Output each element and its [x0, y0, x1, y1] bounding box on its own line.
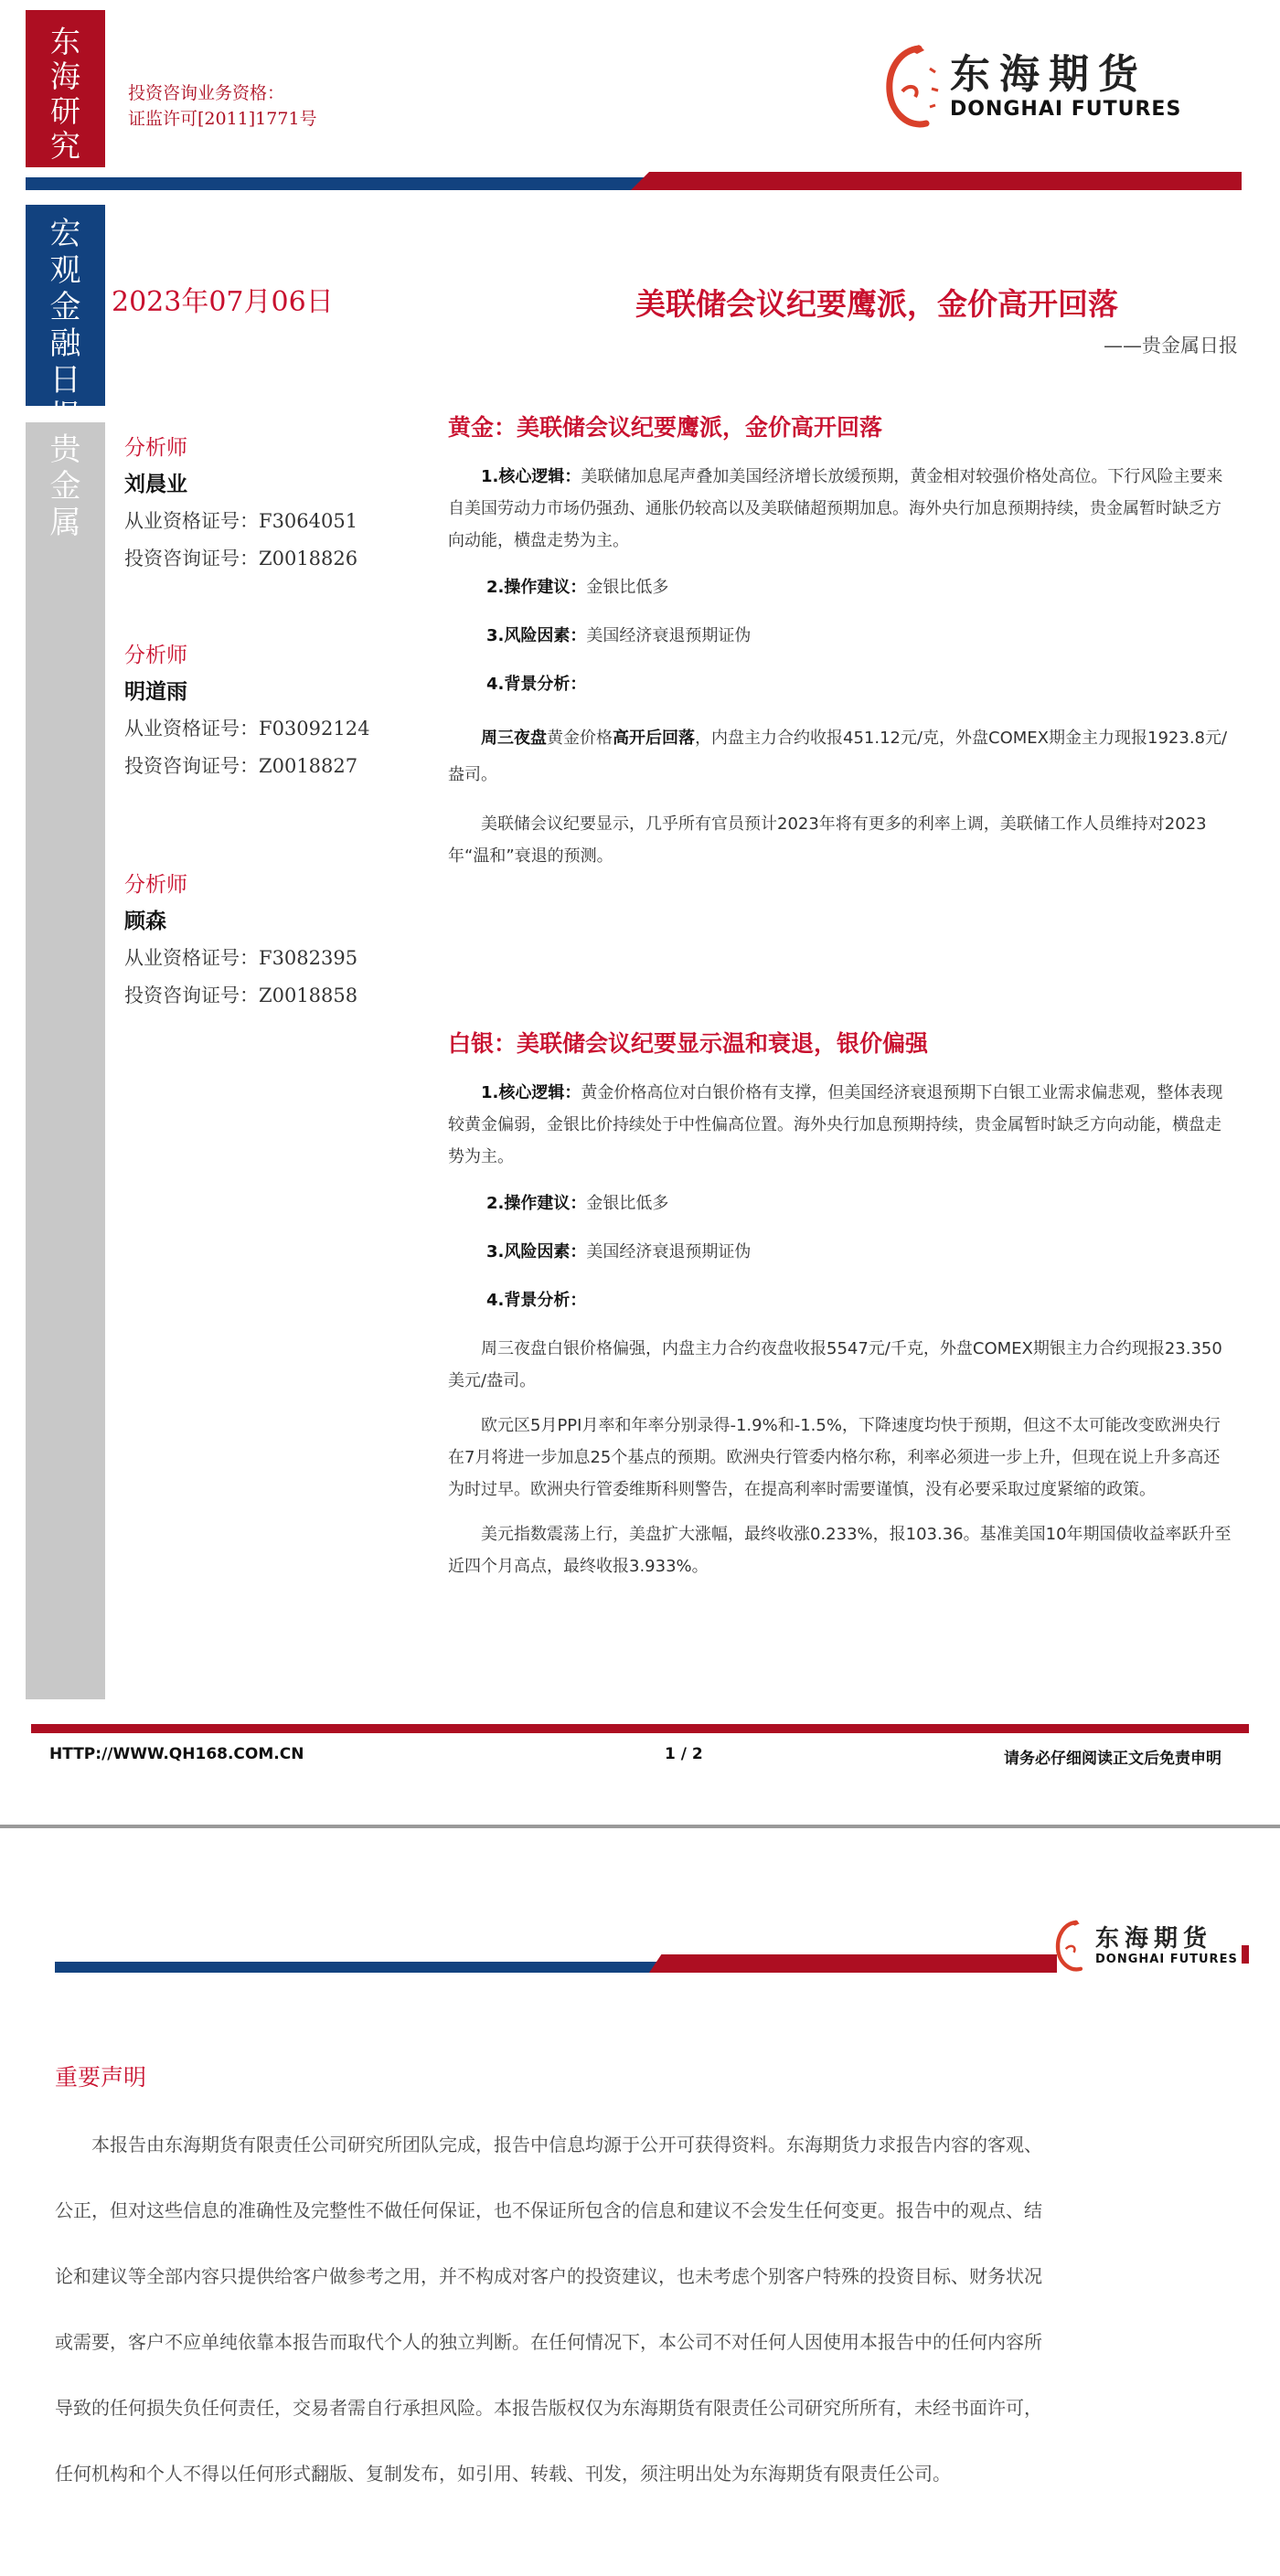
disclaimer-line: 公正，但对这些信息的准确性及完整性不做任何保证，也不保证所包含的信息和建议不会发… — [55, 2198, 1234, 2263]
label-char: 属 — [26, 505, 105, 541]
category-label: 宏 观 金 融 日 报 — [26, 205, 105, 406]
analyst-consult: 投资咨询证号：Z0018826 — [124, 540, 357, 578]
analyst-cert: 从业资格证号：F03092124 — [124, 710, 369, 748]
brand-char: 究 — [26, 129, 105, 164]
qualification-license: 证监许可[2011]1771号 — [128, 106, 317, 132]
silver-section-title: 白银：美联储会议纪要显示温和衰退，银价偏强 — [448, 1026, 1234, 1059]
gold-core-logic: 1.核心逻辑：美联储加息尾声叠加美国经济增长放缓预期，黄金相对较强价格处高位。下… — [448, 461, 1234, 557]
brand-box: 东 海 研 究 — [26, 10, 105, 167]
analyst-cert: 从业资格证号：F3064051 — [124, 503, 357, 540]
brand-char: 海 — [26, 59, 105, 94]
qualification-info: 投资咨询业务资格： 证监许可[2011]1771号 — [128, 80, 317, 132]
silver-background-p1: 周三夜盘白银价格偏强，内盘主力合约夜盘收报5547元/千克，外盘COMEX期银主… — [448, 1333, 1234, 1397]
page2-band-red — [649, 1954, 1057, 1973]
analyst-consult: 投资咨询证号：Z0018858 — [124, 977, 357, 1015]
report-title: 美联储会议纪要鹰派，金价高开回落 — [635, 281, 1118, 324]
analyst-name: 明道雨 — [124, 674, 369, 710]
disclaimer-title: 重要声明 — [55, 2060, 146, 2092]
page-number: 1 / 2 — [665, 1745, 703, 1763]
gold-background-label: 4.背景分析： — [448, 668, 1234, 700]
silver-background-label: 4.背景分析： — [448, 1284, 1234, 1316]
logo-en-text: DONGHAI FUTURES — [950, 98, 1181, 122]
logo-cn-text: 东海期货 — [950, 52, 1181, 98]
silver-risk: 3.风险因素：美国经济衰退预期证伪 — [448, 1236, 1234, 1268]
label-char: 贵 — [26, 431, 105, 468]
disclaimer-line: 或需要，客户不应单纯依靠本报告而取代个人的独立判断。在任何情况下，本公司不对任何… — [55, 2329, 1234, 2395]
header-band-blue — [26, 177, 647, 190]
analyst-card: 分析师 顾森 从业资格证号：F3082395 投资咨询证号：Z0018858 — [124, 867, 357, 1015]
label-char: 金 — [26, 468, 105, 505]
silver-operation: 2.操作建议：金银比低多 — [448, 1187, 1234, 1219]
brand-char: 研 — [26, 94, 105, 129]
silver-section: 白银：美联储会议纪要显示温和衰退，银价偏强 1.核心逻辑：黄金价格高位对白银价格… — [448, 1026, 1234, 1582]
website-link[interactable]: HTTP://WWW.QH168.COM.CN — [49, 1745, 304, 1763]
label-char: 日 — [26, 362, 105, 399]
analyst-name: 刘晨业 — [124, 466, 357, 503]
donghai-logo: 东海期货 DONGHAI FUTURES — [882, 41, 1181, 133]
disclaimer-line: 导致的任何损失负任何责任，交易者需自行承担风险。本报告版权仅为东海期货有限责任公… — [55, 2395, 1234, 2461]
report-date: 2023年07月06日 — [112, 279, 334, 319]
label-char: 金 — [26, 289, 105, 325]
disclaimer-line: 论和建议等全部内容只提供给客户做参考之用，并不构成对客户的投资建议，也未考虑个别… — [55, 2263, 1234, 2329]
logo-accent — [1242, 1945, 1249, 1964]
analyst-card: 分析师 明道雨 从业资格证号：F03092124 投资咨询证号：Z0018827 — [124, 637, 369, 785]
dragon-logo-icon — [1053, 1918, 1090, 1975]
analyst-role: 分析师 — [124, 867, 357, 903]
disclaimer-line: 任何机构和个人不得以任何形式翻版、复制发布，如引用、转载、刊发，须注明出处为东海… — [55, 2461, 1234, 2527]
analyst-card: 分析师 刘晨业 从业资格证号：F3064051 投资咨询证号：Z0018826 — [124, 430, 357, 578]
analyst-role: 分析师 — [124, 430, 357, 466]
gold-section: 黄金：美联储会议纪要鹰派，金价高开回落 1.核心逻辑：美联储加息尾声叠加美国经济… — [448, 410, 1234, 872]
gold-risk: 3.风险因素：美国经济衰退预期证伪 — [448, 620, 1234, 652]
logo-cn-text: 东海期货 — [1095, 1925, 1238, 1953]
gold-section-title: 黄金：美联储会议纪要鹰派，金价高开回落 — [448, 410, 1234, 442]
analyst-role: 分析师 — [124, 637, 369, 674]
qualification-label: 投资咨询业务资格： — [128, 80, 317, 106]
brand-char: 东 — [26, 25, 105, 59]
gold-background-p2: 美联储会议纪要显示，几乎所有官员预计2023年将有更多的利率上调，美联储工作人员… — [448, 808, 1234, 872]
disclaimer-notice: 请务必仔细阅读正文后免责申明 — [1004, 1745, 1221, 1768]
page2-logo: 东海期货 DONGHAI FUTURES — [1053, 1918, 1249, 1975]
silver-background-p3: 美元指数震荡上行，美盘扩大涨幅，最终收涨0.233%，报103.36。基准美国1… — [448, 1518, 1234, 1582]
report-subtitle: ——贵金属日报 — [1104, 331, 1238, 358]
label-char: 宏 — [26, 216, 105, 252]
disclaimer-body: 本报告由东海期货有限责任公司研究所团队完成，报告中信息均源于公开可获得资料。东海… — [55, 2132, 1234, 2527]
disclaimer-line: 本报告由东海期货有限责任公司研究所团队完成，报告中信息均源于公开可获得资料。东海… — [55, 2132, 1234, 2198]
silver-background-p2: 欧元区5月PPI月率和年率分别录得-1.9%和-1.5%，下降速度均快于预期，但… — [448, 1410, 1234, 1506]
gold-operation: 2.操作建议：金银比低多 — [448, 571, 1234, 603]
gold-background-p1: 周三夜盘黄金价格高开后回落，内盘主力合约收报451.12元/克，外盘COMEX期… — [448, 720, 1234, 793]
label-char: 融 — [26, 325, 105, 362]
label-char: 观 — [26, 252, 105, 289]
sector-label: 贵 金 属 — [26, 422, 105, 1699]
analyst-consult: 投资咨询证号：Z0018827 — [124, 748, 369, 785]
analyst-name: 顾森 — [124, 903, 357, 940]
dragon-logo-icon — [882, 41, 941, 133]
silver-core-logic: 1.核心逻辑：黄金价格高位对白银价格有支撑，但美国经济衰退预期下白银工业需求偏悲… — [448, 1077, 1234, 1173]
page-separator — [0, 1825, 1280, 1828]
page2-band-blue — [55, 1962, 658, 1973]
footer-band — [31, 1724, 1249, 1733]
logo-en-text: DONGHAI FUTURES — [1095, 1953, 1238, 1967]
header-band-red — [631, 172, 1242, 190]
analyst-cert: 从业资格证号：F3082395 — [124, 940, 357, 977]
